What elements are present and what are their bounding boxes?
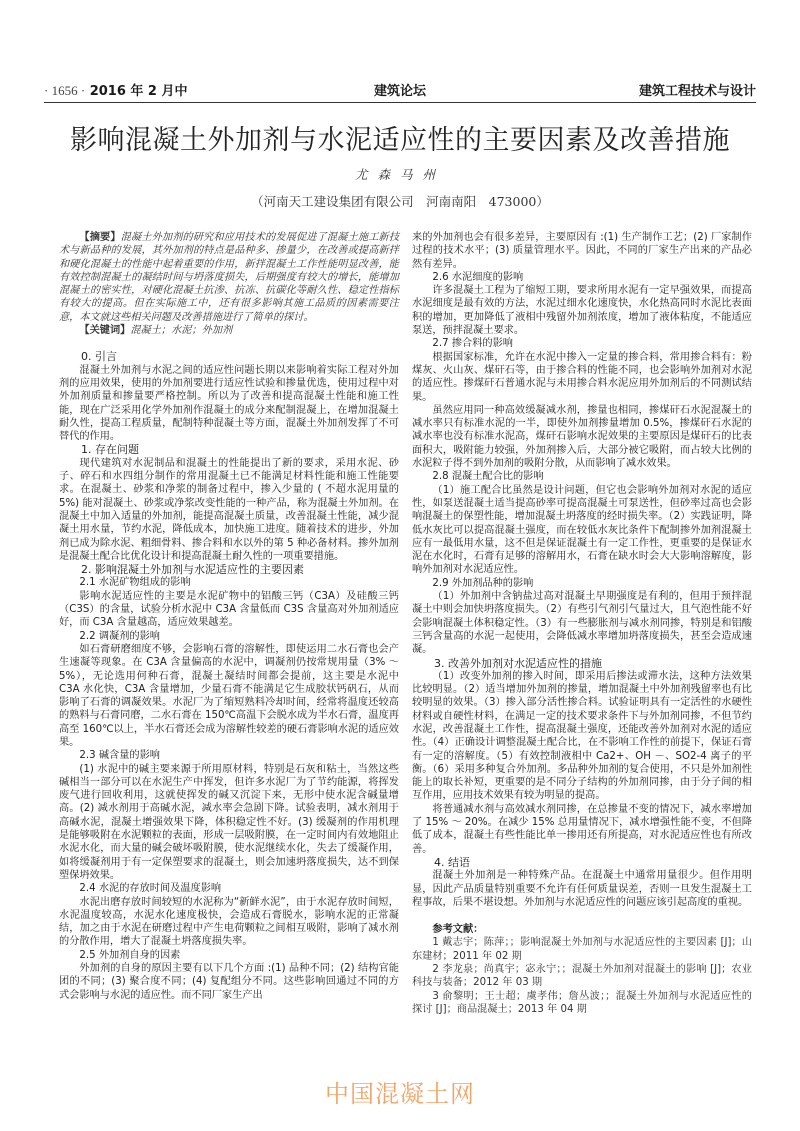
left-column: 【摘要】混凝土外加剂的研究和应用技术的发展促进了混凝土施工新技术与新品种的发展，… <box>59 231 399 1002</box>
site-watermark: 中国混凝土网 <box>0 1074 800 1109</box>
section-heading-factors: 2. 影响混凝土外加剂与水泥适应性的主要因素 <box>59 563 399 576</box>
reference-item: 2 李龙泉；尚真宇；宓永宁；；混凝土外加剂对混凝土的影响 [J]；农业科技与装备… <box>412 963 752 990</box>
subsection-heading: 2.8 混凝土配合比的影响 <box>412 470 752 483</box>
paragraph: 根据国家标准，允许在水泥中掺入一定量的掺合料，常用掺合料有：粉煤灰、火山灰、煤矸… <box>412 351 752 404</box>
paragraph: 将普通减水剂与高效减水剂同掺，在总掺量不变的情况下，减水率增加了 15% ～ 2… <box>412 803 752 856</box>
paragraph: 混凝土外加剂是一种特殊产品。在混凝土中通常用量很少。但作用明显，因此产品质量特别… <box>412 869 752 909</box>
paragraph: 外加剂的自身的原因主要有以下几个方面 :(1) 品种不同；(2) 结构官能团的不… <box>59 962 399 1002</box>
paragraph: （1）外加剂中含钠盐过高对混凝土早期强度是有利的，但用于预拌混凝土中则会加快坍落… <box>412 590 752 656</box>
paragraph: 如石膏研磨细度不够，会影响石膏的溶解性，即使运用二水石膏也会产生速凝等现象。在 … <box>59 643 399 749</box>
references-heading: 参考文献： <box>412 923 752 936</box>
reference-item: 1 戴志宇；陈萍；；影响混凝土外加剂与水泥适应性的主要因素 [J]；山东建材；2… <box>412 936 752 963</box>
paragraph: 混凝土外加剂与水泥之间的适应性问题长期以来影响着实际工程对外加剂的应用效果，使用… <box>59 364 399 444</box>
subsection-heading: 2.3 碱含量的影响 <box>59 749 399 762</box>
article-authors: 尤森马州 <box>0 165 800 183</box>
reference-item: 3 俞黎明；王士超；虞孝伟；詹丛波；；混凝土外加剂与水泥适应性的探讨 [J]；商… <box>412 990 752 1017</box>
paragraph: 虽然应用同一种高效缓凝减水剂，掺量也相同，掺煤矸石水泥混凝土的减水率只有标准水泥… <box>412 404 752 470</box>
article-affiliation: （河南天工建设集团有限公司 河南南阳 473000） <box>0 192 800 210</box>
paragraph: （1）改变外加剂的掺入时间，即采用后掺法或滞水法，这种方法效果比较明显。（2）适… <box>412 670 752 803</box>
section-heading-measures: 3. 改善外加剂对水泥适应性的措施 <box>412 657 752 670</box>
subsection-heading: 2.2 调凝剂的影响 <box>59 630 399 643</box>
subsection-heading: 2.6 水泥细度的影响 <box>412 271 752 284</box>
keywords: 【关键词】混凝土；水泥；外加剂 <box>59 324 399 337</box>
keywords-text: 混凝土；水泥；外加剂 <box>130 325 232 336</box>
section-heading-conclusion: 4. 结语 <box>412 856 752 869</box>
subsection-heading: 2.5 外加剂自身的因素 <box>59 949 399 962</box>
article-title: 影响混凝土外加剂与水泥适应性的主要因素及改善措施 <box>0 118 800 157</box>
paragraph: 许多混凝土工程为了缩短工期，要求所用水泥有一定早强效果，而提高水泥细度是最有效的… <box>412 284 752 337</box>
abstract-text: 混凝土外加剂的研究和应用技术的发展促进了混凝土施工新技术与新品种的发展，其外加剂… <box>59 232 399 323</box>
subsection-heading: 2.4 水泥的存放时间及温度影响 <box>59 882 399 895</box>
paragraph: 水泥出磨存放时间较短的水泥称为“新鲜水泥”，由于水泥存放时间短，水泥温度较高，水… <box>59 896 399 949</box>
abstract: 【摘要】混凝土外加剂的研究和应用技术的发展促进了混凝土施工新技术与新品种的发展，… <box>59 231 399 324</box>
subsection-heading: 2.7 掺合料的影响 <box>412 337 752 350</box>
section-heading-problems: 1. 存在问题 <box>59 443 399 456</box>
abstract-label: 【摘要】 <box>79 232 120 243</box>
paragraph: (1) 水泥中的碱主要来源于所用原材料，特别是石灰和粘土，当然这些碱相当一部分可… <box>59 763 399 883</box>
paragraph: 现代建筑对水泥制品和混凝土的性能提出了新的要求，采用水泥、砂子、碎石和水四组分制… <box>59 457 399 563</box>
right-column: 来的外加剂也会有很多差异，主要原因有 :(1) 生产制作工艺；(2) 厂家制作过… <box>412 231 752 1016</box>
paragraph-continued: 来的外加剂也会有很多差异，主要原因有 :(1) 生产制作工艺；(2) 厂家制作过… <box>412 231 752 271</box>
section-heading-intro: 0. 引言 <box>59 350 399 363</box>
journal-page: · 1656 · 2016 年 2 月中 建筑论坛 建筑工程技术与设计 影响混凝… <box>0 0 800 1131</box>
keywords-label: 【关键词】 <box>79 325 130 336</box>
running-header: · 1656 · 2016 年 2 月中 建筑论坛 建筑工程技术与设计 <box>44 78 756 103</box>
header-journal: 建筑工程技术与设计 <box>639 80 756 99</box>
paragraph: 影响水泥适应性的主要是水泥矿物中的铝酸三钙（C3A）及硅酸三钙（C3S）的含量，… <box>59 590 399 630</box>
paragraph: （1）施工配合比虽然是设计问题，但它也会影响外加剂对水泥的适应性，如泵送混凝土适… <box>412 484 752 577</box>
subsection-heading: 2.1 水泥矿物组成的影响 <box>59 576 399 589</box>
subsection-heading: 2.9 外加剂品种的影响 <box>412 577 752 590</box>
